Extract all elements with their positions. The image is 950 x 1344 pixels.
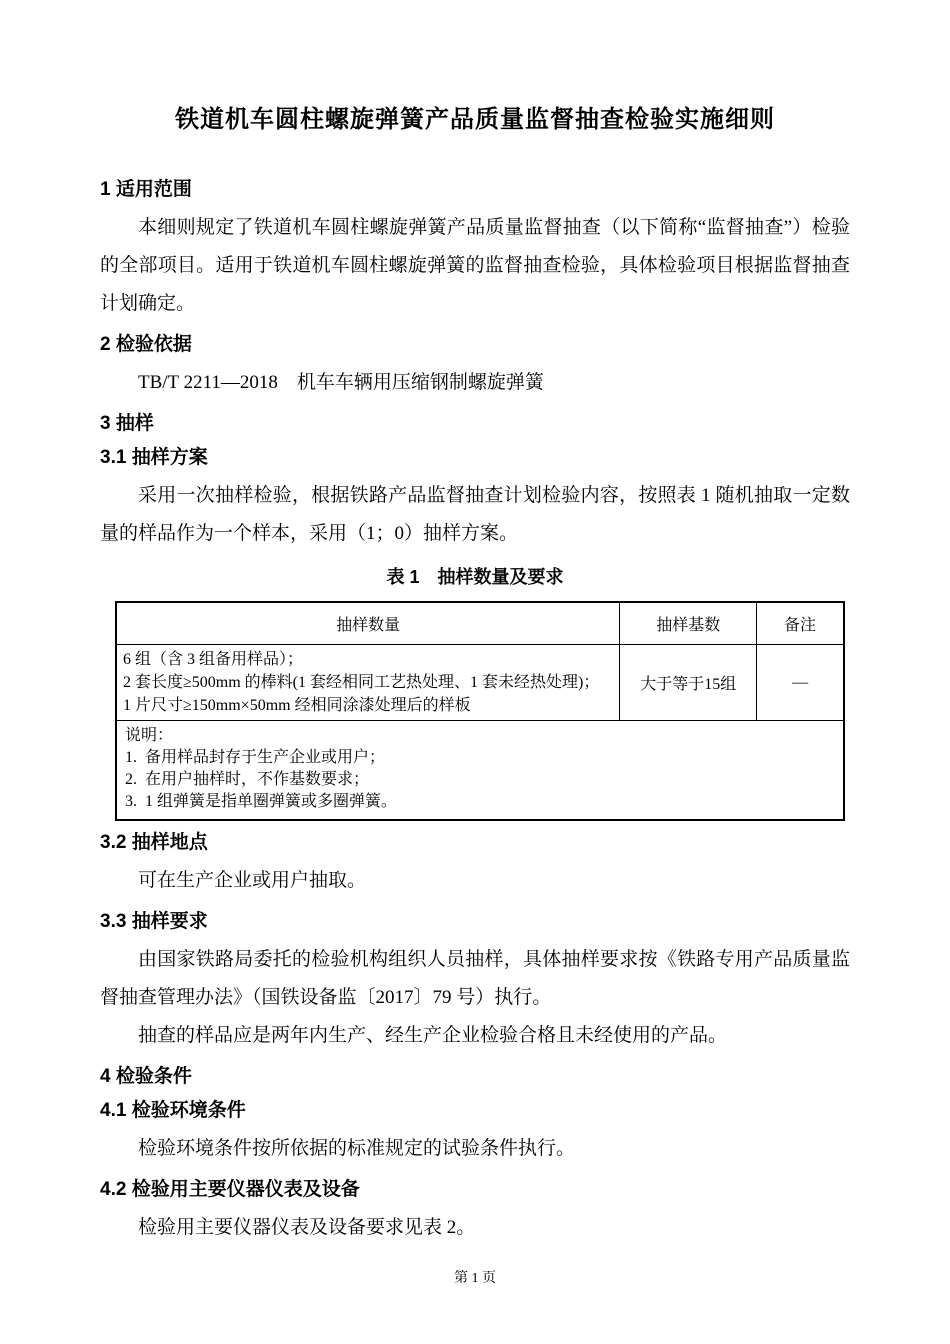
section-2-heading: 2 检验依据: [100, 333, 850, 357]
table-1: 抽样数量 抽样基数 备注 6 组（含 3 组备用样品）； 2 套长度≥500mm…: [115, 601, 845, 821]
section-1-paragraph: 本细则规定了铁道机车圆柱螺旋弹簧产品质量监督抽查（以下简称“监督抽查”）检验的全…: [100, 209, 850, 323]
quantity-line-1: 6 组（含 3 组备用样品）；: [123, 648, 613, 671]
table-1-quantity-cell: 6 组（含 3 组备用样品）； 2 套长度≥500mm 的棒料(1 套经相同工艺…: [116, 645, 620, 721]
section-4-2-heading: 4.2 检验用主要仪器仪表及设备: [100, 1178, 850, 1202]
table-1-base-cell: 大于等于15组: [620, 645, 757, 721]
document-title: 铁道机车圆柱螺旋弹簧产品质量监督抽查检验实施细则: [100, 103, 850, 137]
table-1-caption: 表 1 抽样数量及要求: [100, 565, 850, 589]
section-4-1-heading: 4.1 检验环境条件: [100, 1099, 850, 1123]
table-1-notes-row: 说明： 1. 备用样品封存于生产企业或用户； 2. 在用户抽样时，不作基数要求；…: [116, 721, 844, 821]
note-item-2: 2. 在用户抽样时，不作基数要求；: [125, 769, 835, 791]
section-3-heading: 3 抽样: [100, 412, 850, 436]
note-item-1: 1. 备用样品封存于生产企业或用户；: [125, 747, 835, 769]
section-3-2-heading: 3.2 抽样地点: [100, 831, 850, 855]
quantity-line-3: 1 片尺寸≥150mm×50mm 经相同涂漆处理后的样板: [123, 694, 613, 717]
section-4-2-paragraph: 检验用主要仪器仪表及设备要求见表 2。: [100, 1209, 850, 1247]
section-4-1-paragraph: 检验环境条件按所依据的标准规定的试验条件执行。: [100, 1130, 850, 1168]
table-1-remark-cell: —: [757, 645, 844, 721]
note-item-3: 3. 1 组弹簧是指单圈弹簧或多圈弹簧。: [125, 791, 835, 813]
page-number: 第 1 页: [0, 1269, 950, 1289]
section-1-heading: 1 适用范围: [100, 178, 850, 202]
section-3-2-paragraph: 可在生产企业或用户抽取。: [100, 862, 850, 900]
table-1-header-row: 抽样数量 抽样基数 备注: [116, 602, 844, 645]
note-label: 说明：: [125, 725, 835, 747]
table-1-data-row: 6 组（含 3 组备用样品）； 2 套长度≥500mm 的棒料(1 套经相同工艺…: [116, 645, 844, 721]
section-3-1-heading: 3.1 抽样方案: [100, 446, 850, 470]
section-3-3-heading: 3.3 抽样要求: [100, 910, 850, 934]
section-3-1-paragraph: 采用一次抽样检验，根据铁路产品监督抽查计划检验内容，按照表 1 随机抽取一定数量…: [100, 477, 850, 553]
standard-reference: TB/T 2211—2018 机车车辆用压缩钢制螺旋弹簧: [100, 364, 850, 402]
table-1-header-quantity: 抽样数量: [116, 602, 620, 645]
section-4-heading: 4 检验条件: [100, 1065, 850, 1089]
table-1-header-remark: 备注: [757, 602, 844, 645]
table-1-header-base: 抽样基数: [620, 602, 757, 645]
section-3-3-paragraph-2: 抽查的样品应是两年内生产、经生产企业检验合格且未经使用的产品。: [100, 1017, 850, 1055]
section-3-3-paragraph-1: 由国家铁路局委托的检验机构组织人员抽样，具体抽样要求按《铁路专用产品质量监督抽查…: [100, 941, 850, 1017]
document-page: 铁道机车圆柱螺旋弹簧产品质量监督抽查检验实施细则 1 适用范围 本细则规定了铁道…: [0, 0, 950, 1344]
quantity-line-2: 2 套长度≥500mm 的棒料(1 套经相同工艺热处理、1 套未经热处理)；: [123, 671, 613, 694]
table-1-notes-cell: 说明： 1. 备用样品封存于生产企业或用户； 2. 在用户抽样时，不作基数要求；…: [116, 721, 844, 821]
